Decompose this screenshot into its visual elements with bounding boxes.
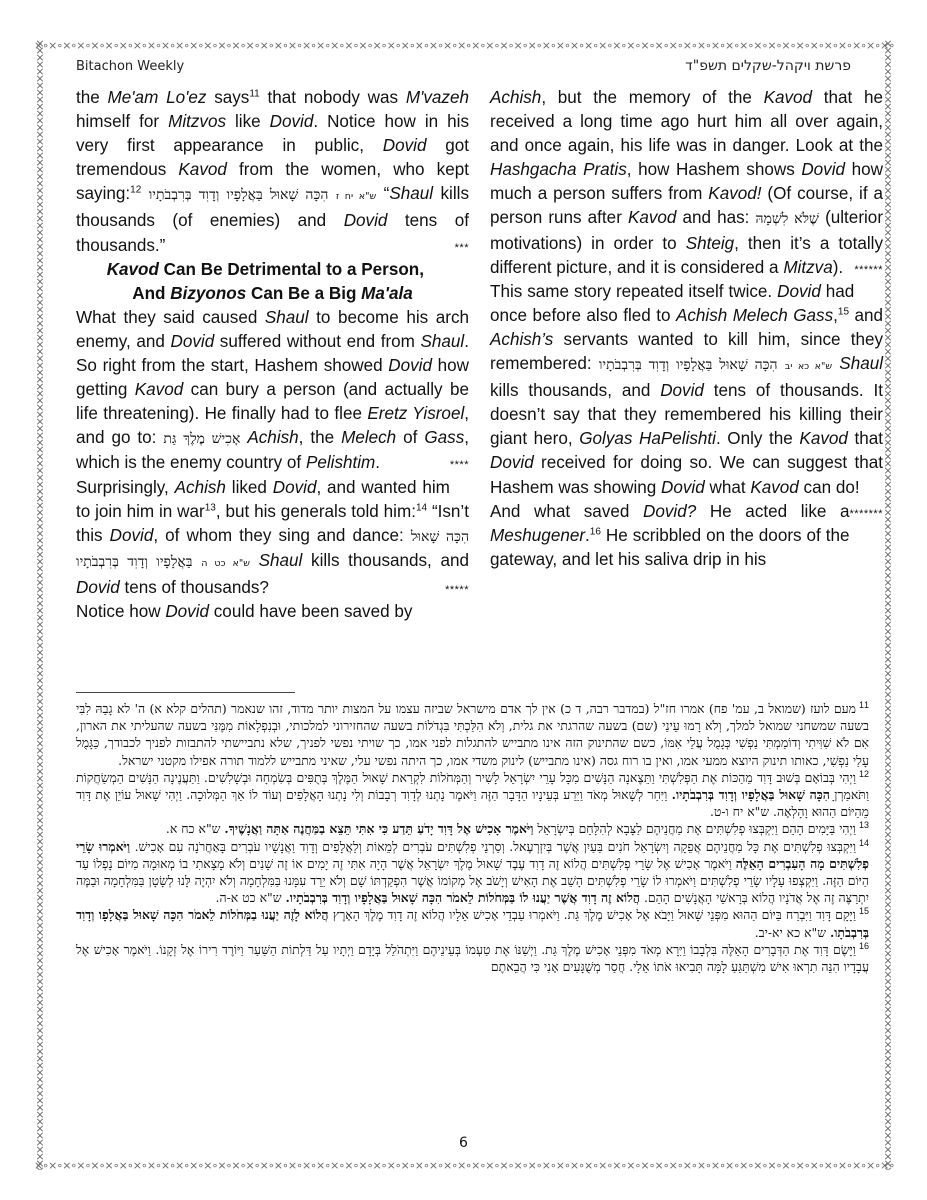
- emphasis: Gass: [424, 428, 464, 447]
- emphasis: Bizyonos: [170, 284, 246, 303]
- paragraph: What they said caused Shaul to become hi…: [76, 306, 469, 476]
- footnote-bold-text: וַיֹּאמֶר אָכִישׁ אֶל דָּוִד יָדֹעַ תֵּד…: [224, 821, 533, 836]
- text: And what saved: [490, 502, 643, 521]
- paragraph: This same story repeated itself twice. D…: [490, 280, 883, 500]
- text: that: [848, 429, 883, 448]
- paragraph: Surprisingly, Achish liked Dovid, and wa…: [76, 476, 469, 600]
- text: Can Be Detrimental to a Person,: [159, 260, 424, 279]
- paragraph: And what saved Dovid? He acted like a Me…: [490, 500, 883, 572]
- emphasis: Melech: [341, 428, 396, 447]
- decorative-border-bottom: ⨯∘⨯∘⨯∘⨯∘⨯∘⨯∘⨯∘⨯∘⨯∘⨯∘⨯∘⨯∘⨯∘⨯∘⨯∘⨯∘⨯∘⨯∘⨯∘⨯∘…: [34, 1160, 894, 1172]
- paragraph: Achish, but the memory of the Kavod that…: [490, 86, 883, 280]
- emphasis: Meshugener: [490, 526, 585, 545]
- emphasis: Dovid?: [643, 502, 696, 521]
- text: kills thousands, and: [302, 551, 469, 570]
- emphasis: Kavod: [750, 478, 798, 497]
- footnote-number: 15: [859, 906, 869, 916]
- text: himself for: [76, 112, 168, 131]
- hebrew-quote: שֶׁלֹּא לִשְׁמָהּ: [756, 211, 819, 227]
- footnote-bold-text: הִכָּה שָׁאוּל בַּאֲלָפָיו וְדָוִד בְּרִ…: [672, 787, 830, 802]
- emphasis: Shaul: [421, 332, 465, 351]
- verse-reference: ש"א יח ז: [336, 191, 376, 202]
- emphasis: M'vazeh: [406, 88, 469, 107]
- text: that nobody was: [260, 88, 406, 107]
- footnote-number: 12: [859, 769, 869, 779]
- section-separator: ***: [455, 236, 469, 260]
- emphasis: Kavod: [764, 88, 812, 107]
- emphasis: Golyas HaPelishti: [579, 429, 716, 448]
- emphasis: Kavod: [628, 208, 676, 227]
- text: . Only the: [716, 429, 799, 448]
- emphasis: Eretz Yisroel: [367, 404, 464, 423]
- emphasis: Dovid: [660, 381, 704, 400]
- footnote-13: 13וַיְהִי בַּיָּמִים הָהֵם וַיִּקְבְּצוּ…: [76, 820, 869, 837]
- emphasis: Achish: [247, 428, 298, 447]
- emphasis: Dovid: [383, 136, 427, 155]
- emphasis: Shaul: [839, 354, 883, 373]
- emphasis: Dovid: [165, 602, 209, 621]
- hebrew-quote: אָכִישׁ מֶלֶךְ גַּת: [163, 431, 240, 447]
- footnote-number: 11: [859, 700, 869, 710]
- footnote-14: 14וַיִּקְבְּצוּ פְלִשְׁתִּים אֶת כָּל מַ…: [76, 838, 869, 907]
- hebrew-quote: הִכָּה שָׁאוּל בַּאֲלָפָיו וְדָוִד בְּרִ…: [599, 357, 778, 373]
- footnote-text: ש"א כח א.: [166, 821, 225, 836]
- text: Surprisingly,: [76, 478, 175, 497]
- emphasis: Dovid: [171, 332, 215, 351]
- footnote-11: 11מעם לועז (שמואל ב, עמ' פח) אמרו חז"ל (…: [76, 700, 869, 769]
- text: like: [226, 112, 270, 131]
- text: the: [76, 88, 108, 107]
- footnote-number: 13: [859, 820, 869, 830]
- paragraph: the Me'am Lo'ez says11 that nobody was M…: [76, 86, 469, 258]
- emphasis: Pelishtim: [306, 453, 375, 472]
- footnote-ref-13[interactable]: 13: [205, 502, 216, 513]
- section-separator: *******: [850, 502, 883, 526]
- text: Notice how: [76, 602, 165, 621]
- section-separator: ****: [450, 453, 469, 477]
- text: , but his generals told him:: [216, 502, 416, 521]
- decorative-border-right: ⨯⨯⨯⨯⨯⨯⨯⨯⨯⨯⨯⨯⨯⨯⨯⨯⨯⨯⨯⨯⨯⨯⨯⨯⨯⨯⨯⨯⨯⨯⨯⨯⨯⨯⨯⨯⨯⨯⨯⨯…: [882, 40, 894, 1170]
- text: and has:: [676, 208, 755, 227]
- section-heading: Kavod Can Be Detrimental to a Person, An…: [76, 258, 469, 306]
- emphasis: Ma'ala: [361, 284, 413, 303]
- hebrew-quote: הִכָּה שָׁאוּל בַּאֲלָפָיו וְדָוִד בְּרִ…: [149, 187, 329, 203]
- emphasis: Dovid: [661, 478, 705, 497]
- text: What they said caused: [76, 308, 265, 327]
- footnote-text: וַיָּשֶׂם דָּוִד אֶת הַדְּבָרִים הָאֵלֶּ…: [76, 942, 869, 974]
- emphasis: Dovid: [270, 112, 314, 131]
- text: ).: [833, 258, 843, 277]
- emphasis: Dovid: [490, 453, 534, 472]
- emphasis: Kavod: [178, 160, 226, 179]
- decorative-border-left: ⨯⨯⨯⨯⨯⨯⨯⨯⨯⨯⨯⨯⨯⨯⨯⨯⨯⨯⨯⨯⨯⨯⨯⨯⨯⨯⨯⨯⨯⨯⨯⨯⨯⨯⨯⨯⨯⨯⨯⨯…: [34, 40, 46, 1170]
- footnote-ref-11[interactable]: 11: [249, 88, 259, 99]
- emphasis: Mitzvos: [168, 112, 226, 131]
- section-separator: *****: [445, 578, 469, 602]
- section-separator: ******: [854, 258, 883, 282]
- emphasis: Shaul: [259, 551, 303, 570]
- footnote-text: ש"א כא יא-יב.: [755, 925, 830, 940]
- emphasis: Kavod: [799, 429, 847, 448]
- text: , of whom they sing and dance:: [153, 526, 410, 545]
- text: .: [375, 453, 380, 472]
- footnote-bold-text: הֲלוֹא זֶה דָוִד אֲשֶׁר יַעֲנוּ לוֹ בַּמ…: [285, 890, 640, 905]
- footnote-ref-14[interactable]: 14: [416, 502, 427, 513]
- text: Can Be a Big: [246, 284, 361, 303]
- right-column: Achish, but the memory of the Kavod that…: [490, 86, 883, 572]
- emphasis: Achish: [490, 88, 541, 107]
- parsha-title: פרשת ויקהל-שקלים תשפ"ד: [685, 58, 851, 74]
- footnote-text: וַיָּקָם דָּוִד וַיִּבְרַח בַּיּוֹם הַהו…: [329, 907, 856, 922]
- footnote-text: וַיִּקְבְּצוּ פְלִשְׁתִּים אֶת כָּל מַחֲ…: [130, 839, 856, 854]
- emphasis: Shaul: [389, 184, 433, 203]
- emphasis: Kavod!: [708, 184, 761, 203]
- footnote-15: 15וַיָּקָם דָּוִד וַיִּבְרַח בַּיּוֹם הַ…: [76, 906, 869, 940]
- text: and: [849, 306, 883, 325]
- footnote-number: 16: [859, 941, 869, 951]
- emphasis: Achish Melech Gass: [676, 306, 833, 325]
- text: [250, 551, 259, 570]
- emphasis: Shaul: [265, 308, 309, 327]
- footnote-text: וַיְהִי בַּיָּמִים הָהֵם וַיִּקְבְּצוּ פ…: [533, 821, 856, 836]
- text: tens of thousands?: [120, 578, 269, 597]
- emphasis: Shteig: [686, 234, 734, 253]
- emphasis: Achish: [175, 478, 226, 497]
- emphasis: Achish’s: [490, 330, 553, 349]
- text: , the: [299, 428, 341, 447]
- footnote-ref-12[interactable]: 12: [130, 185, 141, 196]
- verse-reference: ש"א כא יב: [785, 361, 832, 372]
- text: could have been saved by: [209, 602, 412, 621]
- text: suffered without end from: [214, 332, 420, 351]
- text: He acted like a: [696, 502, 849, 521]
- verse-reference: ש"א כט ה: [201, 558, 250, 569]
- footnote-divider: [76, 692, 295, 693]
- text: And: [132, 284, 170, 303]
- emphasis: Dovid: [801, 160, 845, 179]
- emphasis: Kavod: [135, 380, 183, 399]
- footnote-ref-16[interactable]: 16: [590, 526, 601, 537]
- text: “: [376, 184, 389, 203]
- footnotes-section: 11מעם לועז (שמואל ב, עמ' פח) אמרו חז"ל (…: [76, 700, 869, 975]
- footnote-12: 12וַיְהִי בְּבוֹאָם בְּשׁוּב דָּוִד מֵהַ…: [76, 769, 869, 821]
- left-column: the Me'am Lo'ez says11 that nobody was M…: [76, 86, 469, 624]
- decorative-border-top: ⨯∘⨯∘⨯∘⨯∘⨯∘⨯∘⨯∘⨯∘⨯∘⨯∘⨯∘⨯∘⨯∘⨯∘⨯∘⨯∘⨯∘⨯∘⨯∘⨯∘…: [34, 40, 894, 52]
- text: can do!: [799, 478, 860, 497]
- text: , how Hashem shows: [627, 160, 802, 179]
- footnote-text: ש"א כט א-ה.: [216, 890, 286, 905]
- emphasis: Dovid: [110, 526, 154, 545]
- paragraph: Notice how Dovid could have been saved b…: [76, 600, 469, 624]
- emphasis: Hashgacha Pratis: [490, 160, 627, 179]
- emphasis: Kavod: [107, 260, 159, 279]
- footnote-ref-15[interactable]: 15: [838, 306, 849, 317]
- footnote-text: מעם לועז (שמואל ב, עמ' פח) אמרו חז"ל (במ…: [76, 701, 869, 768]
- text: kills thousands, and: [490, 381, 660, 400]
- emphasis: Dovid: [273, 478, 317, 497]
- text: liked: [226, 478, 273, 497]
- publication-title: Bitachon Weekly: [76, 59, 184, 74]
- text: , but the memory of the: [541, 88, 763, 107]
- document-page: ⨯∘⨯∘⨯∘⨯∘⨯∘⨯∘⨯∘⨯∘⨯∘⨯∘⨯∘⨯∘⨯∘⨯∘⨯∘⨯∘⨯∘⨯∘⨯∘⨯∘…: [0, 0, 927, 1200]
- emphasis: Dovid: [344, 211, 388, 230]
- text: This same story repeated itself twice.: [490, 282, 777, 301]
- emphasis: Dovid: [777, 282, 821, 301]
- text: what: [705, 478, 751, 497]
- text: of: [396, 428, 424, 447]
- footnote-16: 16וַיָּשֶׂם דָּוִד אֶת הַדְּבָרִים הָאֵל…: [76, 941, 869, 975]
- emphasis: Dovid: [388, 356, 432, 375]
- emphasis: Me'am Lo'ez: [108, 88, 207, 107]
- emphasis: Dovid: [76, 578, 120, 597]
- emphasis: Mitzva: [783, 258, 832, 277]
- text: says: [206, 88, 249, 107]
- page-number: 6: [0, 1135, 927, 1151]
- footnote-number: 14: [859, 838, 869, 848]
